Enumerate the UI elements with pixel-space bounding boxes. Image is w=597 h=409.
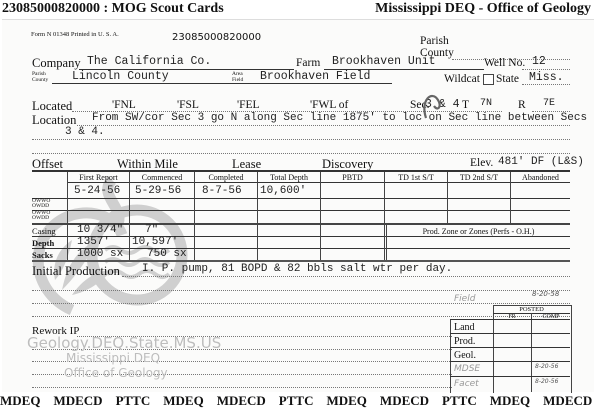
col-total-depth: Total Depth — [258, 173, 320, 182]
card-title: 23085000820000 : MOG Scout Cards — [2, 1, 224, 17]
owdd-label-1: OWDD — [32, 204, 49, 210]
posted-mdse-comp-date: 8-20-56 — [535, 363, 558, 370]
commenced-value: 5-29-56 — [135, 185, 181, 197]
col-td-2nd-st: TD 2nd S/T — [448, 173, 510, 182]
farm-value: Brookhaven Unit — [332, 55, 436, 68]
footer-item: MDECD — [53, 393, 102, 408]
footer-item: MDEQ — [326, 393, 366, 408]
footer-item: MDEQ — [0, 393, 40, 408]
initial-production-label: Initial Production — [32, 264, 120, 279]
footer-item: PTTC — [116, 393, 151, 408]
township-label: T — [462, 99, 469, 111]
prod-zone-header: Prod. Zone or Zones (Perfs - O.H.) — [387, 227, 570, 236]
watermark-office: Office of Geology — [64, 366, 168, 380]
col-completed: Completed — [195, 173, 257, 182]
range-value: 7E — [543, 98, 555, 109]
fwl-label: 'FWL of — [310, 99, 348, 111]
county-small-label: County — [32, 78, 48, 84]
posted-row-geol: Geol. — [454, 350, 476, 361]
depth-label: Depth — [32, 238, 54, 248]
total-depth-value: 10,600' — [260, 185, 306, 197]
scout-card: Form N 01348 Printed in U. S. A. 2308500… — [2, 19, 594, 392]
completed-value: 8-7-56 — [202, 185, 242, 197]
wildcat-checkbox[interactable] — [483, 74, 494, 85]
posted-row-facet: Facet — [454, 379, 479, 389]
sacks-2-value: 750 sx — [147, 248, 187, 260]
parish-label: Parish — [420, 35, 449, 47]
footer-item: MDECD — [380, 393, 429, 408]
area-field-value: Brookhaven Field — [260, 70, 370, 83]
watermark-url: Geology.DEQ.State.MS.US — [27, 334, 221, 352]
col-pbtd: PBTD — [321, 173, 384, 182]
wildcat-label: Wildcat — [444, 73, 480, 85]
casing-2-value: 7" — [145, 224, 158, 236]
first-report-value: 5-24-56 — [74, 185, 120, 197]
state-label: State — [496, 73, 519, 85]
located-label: Located — [32, 99, 72, 114]
agency-title: Mississippi DEQ - Office of Geology — [375, 1, 591, 17]
sacks-1-value: 1000 sx — [77, 248, 123, 260]
posted-row-land: Land — [454, 322, 475, 333]
col-first-report: First Report — [68, 173, 129, 182]
well-no-label: Well No. — [484, 57, 525, 69]
footer-agencies: MDEQMDECDPTTCMDEQMDECDPTTCMDEQMDECDPTTCM… — [0, 393, 597, 409]
casing-1-value: 10 3/4" — [77, 224, 123, 236]
col-abandoned: Abandoned — [511, 173, 570, 182]
sacks-label: Sacks — [32, 250, 53, 260]
fel-label: 'FEL — [237, 99, 260, 111]
posted-header: POSTED — [493, 306, 570, 313]
page-header: 23085000820000 : MOG Scout Cards Mississ… — [0, 0, 597, 18]
footer-item: MDEQ — [490, 393, 530, 408]
elev-value: 481' DF (L&S) — [498, 156, 584, 168]
footer-item: PTTC — [442, 393, 477, 408]
well-no-value: 12 — [532, 55, 546, 68]
field-date-note: 8-20-58 — [532, 290, 559, 298]
state-value: Miss. — [529, 71, 564, 84]
watermark-agency: Mississippi DEQ — [66, 351, 160, 365]
fsl-label: 'FSL — [177, 99, 199, 111]
posted-facet-comp-date: 8-20-56 — [535, 378, 558, 385]
col-td-1st-st: TD 1st S/T — [385, 173, 447, 182]
township-value: 7N — [480, 98, 492, 109]
form-number: Form N 01348 Printed in U. S. A. — [31, 32, 119, 38]
api-number: 23085000820000 — [172, 32, 261, 43]
location-value-line1: From SW/cor Sec 3 go N along Sec line 18… — [92, 112, 587, 124]
owdd-label-2: OWDD — [32, 216, 49, 222]
elev-label: Elev. — [470, 157, 493, 169]
field-small-label: Field — [232, 78, 243, 84]
initial-production-value: I. P. pump, 81 BOPD & 82 bbls salt wtr p… — [142, 263, 452, 275]
posted-row-mdse: MDSE — [454, 364, 480, 374]
footer-item: MDECD — [217, 393, 266, 408]
posted-row-prod: Prod. — [454, 336, 475, 347]
footer-item: MDEQ — [163, 393, 203, 408]
fnl-label: 'FNL — [112, 99, 136, 111]
field-handwritten-note: Field — [454, 294, 475, 304]
company-value: The California Co. — [87, 55, 211, 68]
footer-item: PTTC — [279, 393, 314, 408]
depth-2-value: 10,597' — [132, 236, 178, 248]
col-commenced: Commenced — [130, 173, 194, 182]
location-value-line2: 3 & 4. — [65, 126, 105, 138]
range-label: R — [518, 99, 526, 111]
farm-label: Farm — [296, 57, 320, 69]
company-label: Company — [32, 56, 81, 71]
footer-item: MDECD — [543, 393, 592, 408]
parish-county-value: Lincoln County — [72, 70, 169, 83]
casing-label: Casing — [32, 226, 56, 236]
depth-1-value: 1357' — [77, 236, 110, 248]
